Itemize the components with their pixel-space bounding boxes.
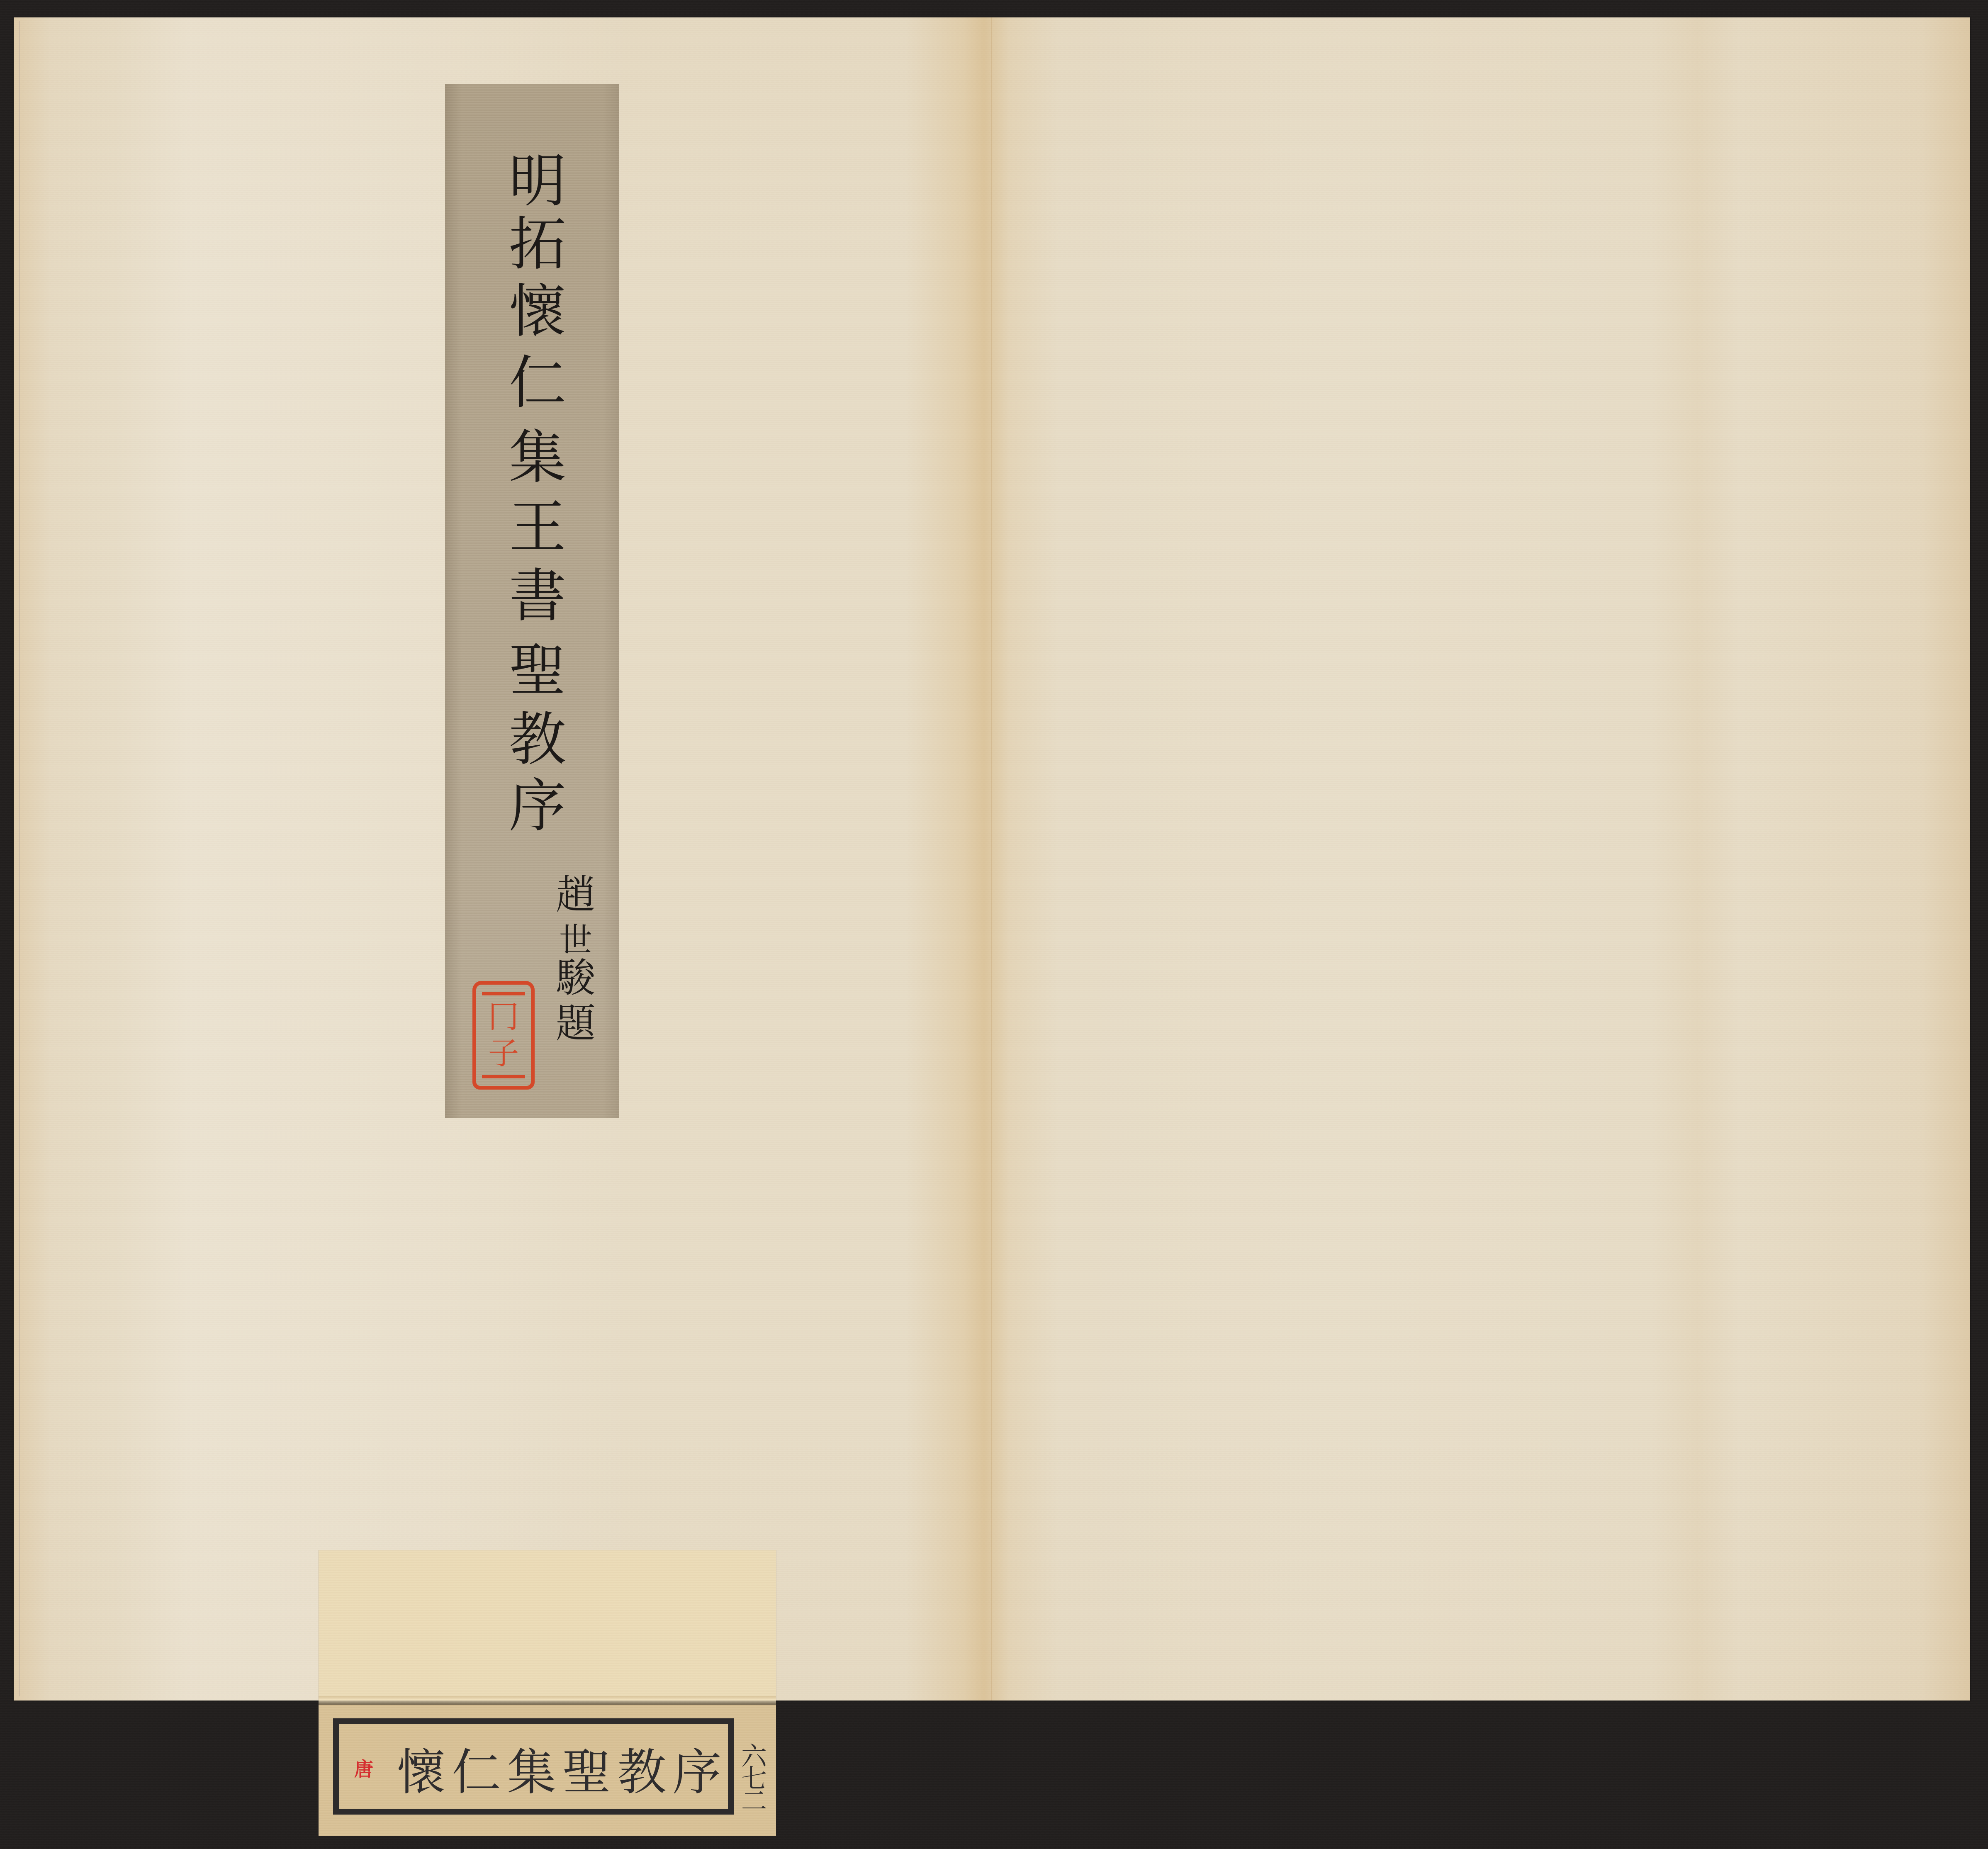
label-title-char: 集 xyxy=(506,1733,557,1803)
catalog-number: 六 七 二 xyxy=(737,1745,771,1813)
slip-title-char: 懷 xyxy=(506,280,569,343)
label-title-char: 懷 xyxy=(395,1733,447,1803)
spine-label: 唐 懷 仁 集 聖 教 序 六 七 二 xyxy=(319,1550,776,1836)
signature-char: 趙 xyxy=(551,872,601,917)
catalog-number-char: 二 xyxy=(741,1790,767,1813)
label-title: 懷 仁 集 聖 教 序 xyxy=(395,1739,723,1797)
title-slip: 明 拓 懷 仁 集 王 書 聖 教 序 趙 世 駿 題 冂 子 xyxy=(445,84,619,1118)
label-title-char: 聖 xyxy=(561,1733,613,1803)
label-title-char: 教 xyxy=(616,1733,668,1803)
seal-glyph-top: 冂 xyxy=(488,999,519,1035)
label-flap xyxy=(319,1550,776,1701)
slip-title-char: 集 xyxy=(506,426,569,489)
label-title-char: 仁 xyxy=(450,1733,502,1803)
label-crease xyxy=(319,1696,776,1705)
leaf-edge-rule xyxy=(19,21,19,1696)
center-fold xyxy=(991,17,992,1701)
label-title-char: 序 xyxy=(671,1733,723,1803)
slip-title-char: 聖 xyxy=(506,640,569,702)
signature-char: 題 xyxy=(551,1000,601,1046)
seal-glyph-bottom: 子 xyxy=(488,1035,519,1072)
red-seal-icon: 冂 子 xyxy=(472,981,535,1090)
slip-title-char: 明 xyxy=(506,150,569,212)
slip-title-char: 王 xyxy=(506,496,569,558)
slip-title-char: 仁 xyxy=(506,352,569,414)
slip-title-char: 序 xyxy=(506,775,569,837)
signature-char: 駿 xyxy=(551,955,601,1000)
slip-title-char: 書 xyxy=(506,565,569,627)
tang-seal-icon: 唐 xyxy=(354,1758,373,1780)
slip-title-char: 拓 xyxy=(506,213,569,275)
slip-title-char: 教 xyxy=(506,708,569,771)
